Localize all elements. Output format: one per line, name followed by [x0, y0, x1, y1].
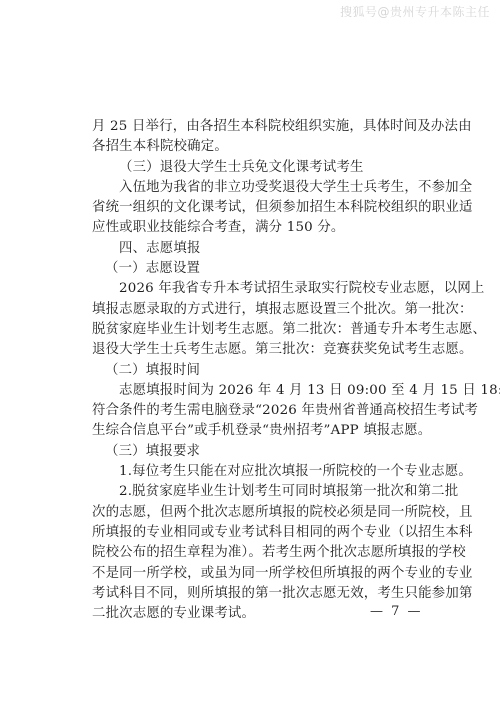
document-body: 月 25 日举行，由各招生本科院校组织实施，具体时间及办法由 各招生本科院校确定… — [92, 117, 412, 624]
section-subheading: （三）填报要求 — [92, 442, 412, 462]
text-line: 符合条件的考生需电脑登录“2026 年贵州省普通高校招生考试考 — [92, 401, 412, 421]
text-line: 1.每位考生只能在对应批次填报一所院校的一个专业志愿。 — [92, 462, 412, 482]
watermark: 搜狐号@贵州专升本陈主任 — [340, 3, 490, 20]
text-line: 应性或职业技能综合考查，满分 150 分。 — [92, 218, 412, 238]
text-line: 2.脱贫家庭毕业生计划考生可同时填报第一批次和第二批 — [92, 482, 412, 502]
text-line: 二批次志愿的专业课考试。 — [92, 604, 412, 624]
text-line: 脱贫家庭毕业生计划考生志愿。第二批次：普通专升本考生志愿、 — [92, 320, 412, 340]
text-line: 退役大学生士兵考生志愿。第三批次：竞赛获奖免试考生志愿。 — [92, 340, 412, 360]
section-heading: 四、志愿填报 — [92, 239, 412, 259]
text-line: 省统一组织的文化课考试，但须参加招生本科院校组织的职业适 — [92, 198, 412, 218]
section-subheading: （一）志愿设置 — [92, 259, 412, 279]
text-line: 次的志愿，但两个批次志愿所填报的院校必须是同一所院校，且 — [92, 503, 412, 523]
text-line: 院校公布的招生章程为准）。若考生两个批次志愿所填报的学校 — [92, 543, 412, 563]
text-line: 所填报的专业相同或专业考试科目相同的两个专业（以招生本科 — [92, 523, 412, 543]
section-subheading: （三）退役大学生士兵免文化课考试考生 — [92, 158, 412, 178]
text-line: 填报志愿录取的方式进行，填报志愿设置三个批次。第一批次： — [92, 300, 412, 320]
text-line: 生综合信息平台”或手机登录“贵州招考”APP 填报志愿。 — [92, 421, 412, 441]
text-line: 考试科目不同，则所填报的第一批次志愿无效，考生只能参加第 — [92, 584, 412, 604]
text-line: 月 25 日举行，由各招生本科院校组织实施，具体时间及办法由 — [92, 117, 412, 137]
text-line: 不是同一所学校，或虽为同一所学校但所填报的两个专业的专业 — [92, 564, 412, 584]
text-line: 各招生本科院校确定。 — [92, 137, 412, 157]
text-line: 2026 年我省专升本考试招生录取实行院校专业志愿，以网上 — [92, 279, 412, 299]
text-line: 志愿填报时间为 2026 年 4 月 13 日 09:00 至 4 月 15 日… — [92, 381, 412, 401]
text-line: 入伍地为我省的非立功受奖退役大学生士兵考生，不参加全 — [92, 178, 412, 198]
page-number: — 7 — — [370, 604, 423, 619]
section-subheading: （二）填报时间 — [92, 361, 412, 381]
